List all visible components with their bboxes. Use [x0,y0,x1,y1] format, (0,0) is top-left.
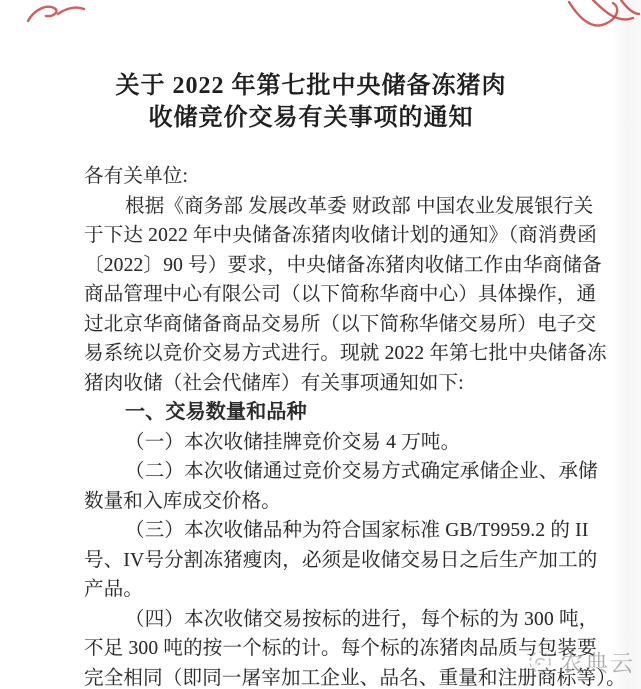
nongdianyun-logo-icon [527,649,553,675]
document-title-line-2: 收储竞价交易有关事项的通知 [0,102,622,134]
document-line: 易系统以竞价交易方式进行。现就 2022 年第七批中央储备冻 [84,339,596,369]
document-lines: 各有关单位:根据《商务部 发展改革委 财政部 中国农业发展银行关于下达 2022… [84,162,596,689]
document-line: 于下达 2022 年中央储备冻猪肉收储计划的通知》（商消费函 [84,221,596,251]
red-pen-scribble-top-left [20,0,92,30]
document-line: 号、IV号分割冻猪瘦肉，必须是收储交易日之后生产加工的 [84,546,596,576]
watermark-label: 农典云 [560,645,635,678]
document-line: 商品管理中心有限公司（以下简称华商中心）具体操作，通 [84,280,596,310]
document-line: （一）本次收储挂牌竞价交易 4 万吨。 [84,428,596,458]
document-line: （三）本次收储品种为符合国家标准 GB/T9959.2 的 II [84,516,596,546]
document-line: 产品。 [84,575,596,605]
document-line: 猪肉收储（社会代储库）有关事项通知如下: [84,369,596,399]
document-title: 关于 2022 年第七批中央储备冻猪肉 收储竞价交易有关事项的通知 [0,70,622,134]
document-line: （二）本次收储通过竞价交易方式确定承储企业、承储 [84,457,596,487]
scanned-notice-page: { "document": { "title_lines": [ "关于 202… [0,0,641,689]
document-line: 各有关单位: [84,162,596,192]
document-line: 一、交易数量和品种 [84,398,596,428]
watermark: 农典云 [527,645,635,678]
document-line: 过北京华商储备商品交易所（以下简称华储交易所）电子交 [84,310,596,340]
document-line: 数量和入库成交价格。 [84,487,596,517]
document-line: （四）本次收储交易按标的进行，每个标的为 300 吨， [84,605,596,635]
document-line: 〔2022〕90 号）要求，中央储备冻猪肉收储工作由华商储备 [84,251,596,281]
document-line: 不足 300 吨的按一个标的计。每个标的冻猪肉品质与包装要 [84,634,596,664]
document-line: 完全相同（即同一屠宰加工企业、品名、重量和注册商标等）。 [84,664,596,689]
document-title-line-1: 关于 2022 年第七批中央储备冻猪肉 [0,70,622,102]
document-line: 根据《商务部 发展改革委 财政部 中国农业发展银行关 [84,192,596,222]
